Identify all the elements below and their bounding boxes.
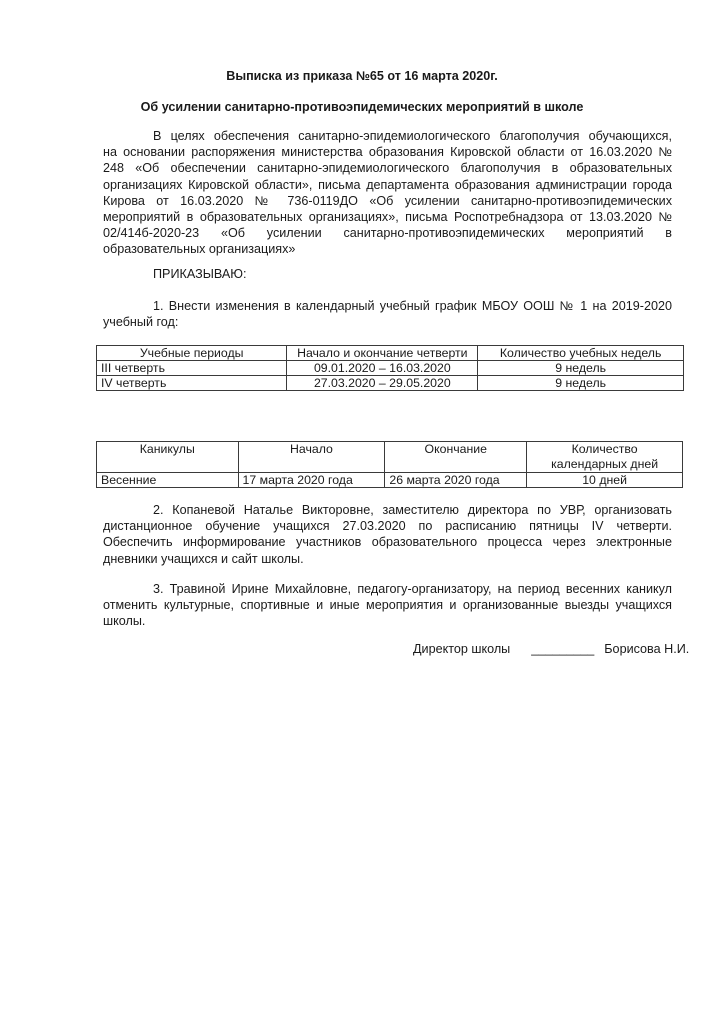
item-1-line: 1. Внести изменения в календарный учебны…: [103, 298, 672, 314]
header-line: Количество: [531, 442, 678, 457]
item-2-line: 2. Копаневой Наталье Викторовне, замести…: [103, 502, 672, 518]
table-header-cell: Количество учебных недель: [478, 346, 684, 361]
item-2-line: дневники учащихся и сайт школы.: [103, 551, 672, 567]
preamble-line: мероприятий в образовательных организаци…: [103, 209, 672, 225]
preamble-line: 02/414б-2020-23 «Об усилении санитарно-п…: [103, 225, 672, 241]
document-heading: Выписка из приказа №65 от 16 марта 2020г…: [0, 69, 724, 83]
signature-block: Директор школы _________ Борисова Н.И.: [413, 642, 689, 656]
table-cell: 9 недель: [478, 361, 684, 376]
signature-position: Директор школы: [413, 642, 510, 656]
item-2-paragraph: 2. Копаневой Наталье Викторовне, замести…: [103, 502, 672, 567]
table-cell: 10 дней: [527, 473, 683, 488]
table-header-row: Каникулы Начало Окончание Количество кал…: [97, 442, 683, 473]
table-header-cell: Начало: [238, 442, 385, 473]
item-3-line: школы.: [103, 613, 672, 629]
table-cell: 26 марта 2020 года: [385, 473, 527, 488]
signature-blank: _________: [531, 642, 594, 656]
item-3-line: отменить культурные, спортивные и иные м…: [103, 597, 672, 613]
table-header-cell: Начало и окончание четверти: [287, 346, 478, 361]
preamble-line: 248 «Об обеспечении санитарно-эпидемиоло…: [103, 160, 672, 176]
table-cell: 17 марта 2020 года: [238, 473, 385, 488]
preamble-line: организациях Кировской области», письма …: [103, 177, 672, 193]
table-header-cell: Количество календарных дней: [527, 442, 683, 473]
header-line: календарных дней: [531, 457, 678, 472]
table-cell: III четверть: [97, 361, 287, 376]
preamble-paragraph: В целях обеспечения санитарно-эпидемиоло…: [103, 128, 672, 258]
table-cell: 27.03.2020 – 29.05.2020: [287, 376, 478, 391]
preamble-line: на основании распоряжения министерства о…: [103, 144, 672, 160]
document-subject: Об усилении санитарно-противоэпидемическ…: [0, 100, 724, 114]
table-header-cell: Окончание: [385, 442, 527, 473]
table-cell: IV четверть: [97, 376, 287, 391]
item-1-paragraph: 1. Внести изменения в календарный учебны…: [103, 298, 672, 330]
table-row: III четверть 09.01.2020 – 16.03.2020 9 н…: [97, 361, 684, 376]
periods-table: Учебные периоды Начало и окончание четве…: [96, 345, 684, 391]
table-cell: 09.01.2020 – 16.03.2020: [287, 361, 478, 376]
table-cell: Весенние: [97, 473, 239, 488]
table-row: Весенние 17 марта 2020 года 26 марта 202…: [97, 473, 683, 488]
table-cell: 9 недель: [478, 376, 684, 391]
item-1-line: учебный год:: [103, 314, 672, 330]
holidays-table: Каникулы Начало Окончание Количество кал…: [96, 441, 683, 488]
table-header-cell: Каникулы: [97, 442, 239, 473]
item-2-line: дистанционное обучение учащихся 27.03.20…: [103, 518, 672, 534]
table-row: IV четверть 27.03.2020 – 29.05.2020 9 не…: [97, 376, 684, 391]
preamble-line: В целях обеспечения санитарно-эпидемиоло…: [103, 128, 672, 144]
preamble-line: образовательных организациях»: [103, 241, 672, 257]
preamble-line: Кирова от 16.03.2020 № 736-0119ДО «Об ус…: [103, 193, 672, 209]
item-2-line: Обеспечить информирование участников обр…: [103, 534, 672, 550]
item-3-paragraph: 3. Травиной Ирине Михайловне, педагогу-о…: [103, 581, 672, 630]
order-word: ПРИКАЗЫВАЮ:: [153, 267, 246, 281]
table-header-cell: Учебные периоды: [97, 346, 287, 361]
item-3-line: 3. Травиной Ирине Михайловне, педагогу-о…: [103, 581, 672, 597]
table-header-row: Учебные периоды Начало и окончание четве…: [97, 346, 684, 361]
signature-name: Борисова Н.И.: [604, 642, 689, 656]
